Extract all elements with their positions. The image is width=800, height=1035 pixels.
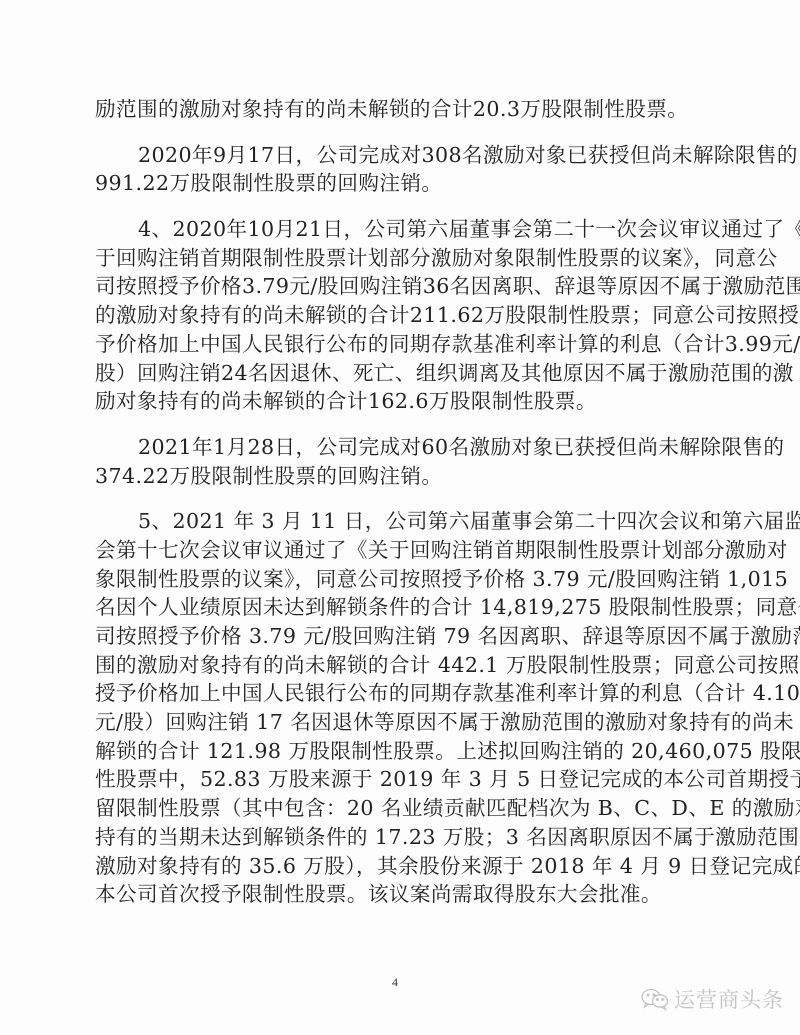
text-line: 的激励对象持有的尚未解锁的合计211.62万股限制性股票；同意公司按照授 (95, 301, 703, 330)
document-page: 励范围的激励对象持有的尚未解锁的合计20.3万股限制性股票。 2020年9月17… (0, 0, 800, 1035)
text-line: 励范围的激励对象持有的尚未解锁的合计20.3万股限制性股票。 (95, 95, 703, 124)
wechat-icon (640, 987, 670, 1011)
text-line: 2021年1月28日，公司完成对60名激励对象已获授但尚未解除限售的 (95, 433, 703, 462)
text-line: 元/股）回购注销 17 名因退休等原因不属于激励范围的激励对象持有的尚未 (95, 708, 703, 737)
watermark-text: 运营商头条 (674, 984, 784, 1014)
text-line: 本公司首次授予限制性股票。该议案尚需取得股东大会批准。 (95, 880, 703, 909)
text-line: 374.22万股限制性股票的回购注销。 (95, 462, 703, 491)
text-line: 予价格加上中国人民银行公布的同期存款基准利率计算的利息（合计3.99元/ (95, 330, 703, 359)
text-line: 991.22万股限制性股票的回购注销。 (95, 169, 703, 198)
text-line: 股）回购注销24名因退休、死亡、组织调离及其他原因不属于激励范围的激 (95, 359, 703, 388)
text-line: 解锁的合计 121.98 万股限制性股票。上述拟回购注销的 20,460,075… (95, 737, 703, 766)
text-line: 授予价格加上中国人民银行公布的同期存款基准利率计算的利息（合计 4.10 (95, 679, 703, 708)
text-line: 性股票中，52.83 万股来源于 2019 年 3 月 5 日登记完成的本公司首… (95, 765, 703, 794)
paragraph: 4、2020年10月21日，公司第六届董事会第二十一次会议审议通过了《关 于回购… (95, 215, 703, 416)
text-line: 象限制性股票的议案》，同意公司按照授予价格 3.79 元/股回购注销 1,015 (95, 565, 703, 594)
watermark: 运营商头条 (640, 986, 784, 1012)
text-line: 于回购注销首期限制性股票计划部分激励对象限制性股票的议案》，同意公 (95, 244, 703, 273)
page-number: 4 (392, 975, 398, 990)
text-line: 4、2020年10月21日，公司第六届董事会第二十一次会议审议通过了《关 (95, 215, 703, 244)
paragraph: 2020年9月17日，公司完成对308名激励对象已获授但尚未解除限售的 991.… (95, 141, 703, 198)
document-body: 励范围的激励对象持有的尚未解锁的合计20.3万股限制性股票。 2020年9月17… (95, 95, 703, 926)
text-line: 司按照授予价格 3.79 元/股回购注销 79 名因离职、辞退等原因不属于激励范 (95, 622, 703, 651)
text-line: 激励对象持有的 35.6 万股），其余股份来源于 2018 年 4 月 9 日登… (95, 852, 703, 881)
text-line: 2020年9月17日，公司完成对308名激励对象已获授但尚未解除限售的 (95, 141, 703, 170)
text-line: 围的激励对象持有的尚未解锁的合计 442.1 万股限制性股票；同意公司按照 (95, 651, 703, 680)
paragraph: 5、2021 年 3 月 11 日，公司第六届董事会第二十四次会议和第六届监事 … (95, 507, 703, 909)
text-line: 留限制性股票（其中包含：20 名业绩贡献匹配档次为 B、C、D、E 的激励对象 (95, 794, 703, 823)
text-line: 励对象持有的尚未解锁的合计162.6万股限制性股票。 (95, 387, 703, 416)
paragraph: 励范围的激励对象持有的尚未解锁的合计20.3万股限制性股票。 (95, 95, 703, 124)
text-line: 名因个人业绩原因未达到解锁条件的合计 14,819,275 股限制性股票；同意公 (95, 593, 703, 622)
text-line: 持有的当期未达到解锁条件的 17.23 万股；3 名因离职原因不属于激励范围的 (95, 823, 703, 852)
text-line: 司按照授予价格3.79元/股回购注销36名因离职、辞退等原因不属于激励范围 (95, 272, 703, 301)
paragraph: 2021年1月28日，公司完成对60名激励对象已获授但尚未解除限售的 374.2… (95, 433, 703, 490)
text-line: 会第十七次会议审议通过了《关于回购注销首期限制性股票计划部分激励对 (95, 536, 703, 565)
text-line: 5、2021 年 3 月 11 日，公司第六届董事会第二十四次会议和第六届监事 (95, 507, 703, 536)
